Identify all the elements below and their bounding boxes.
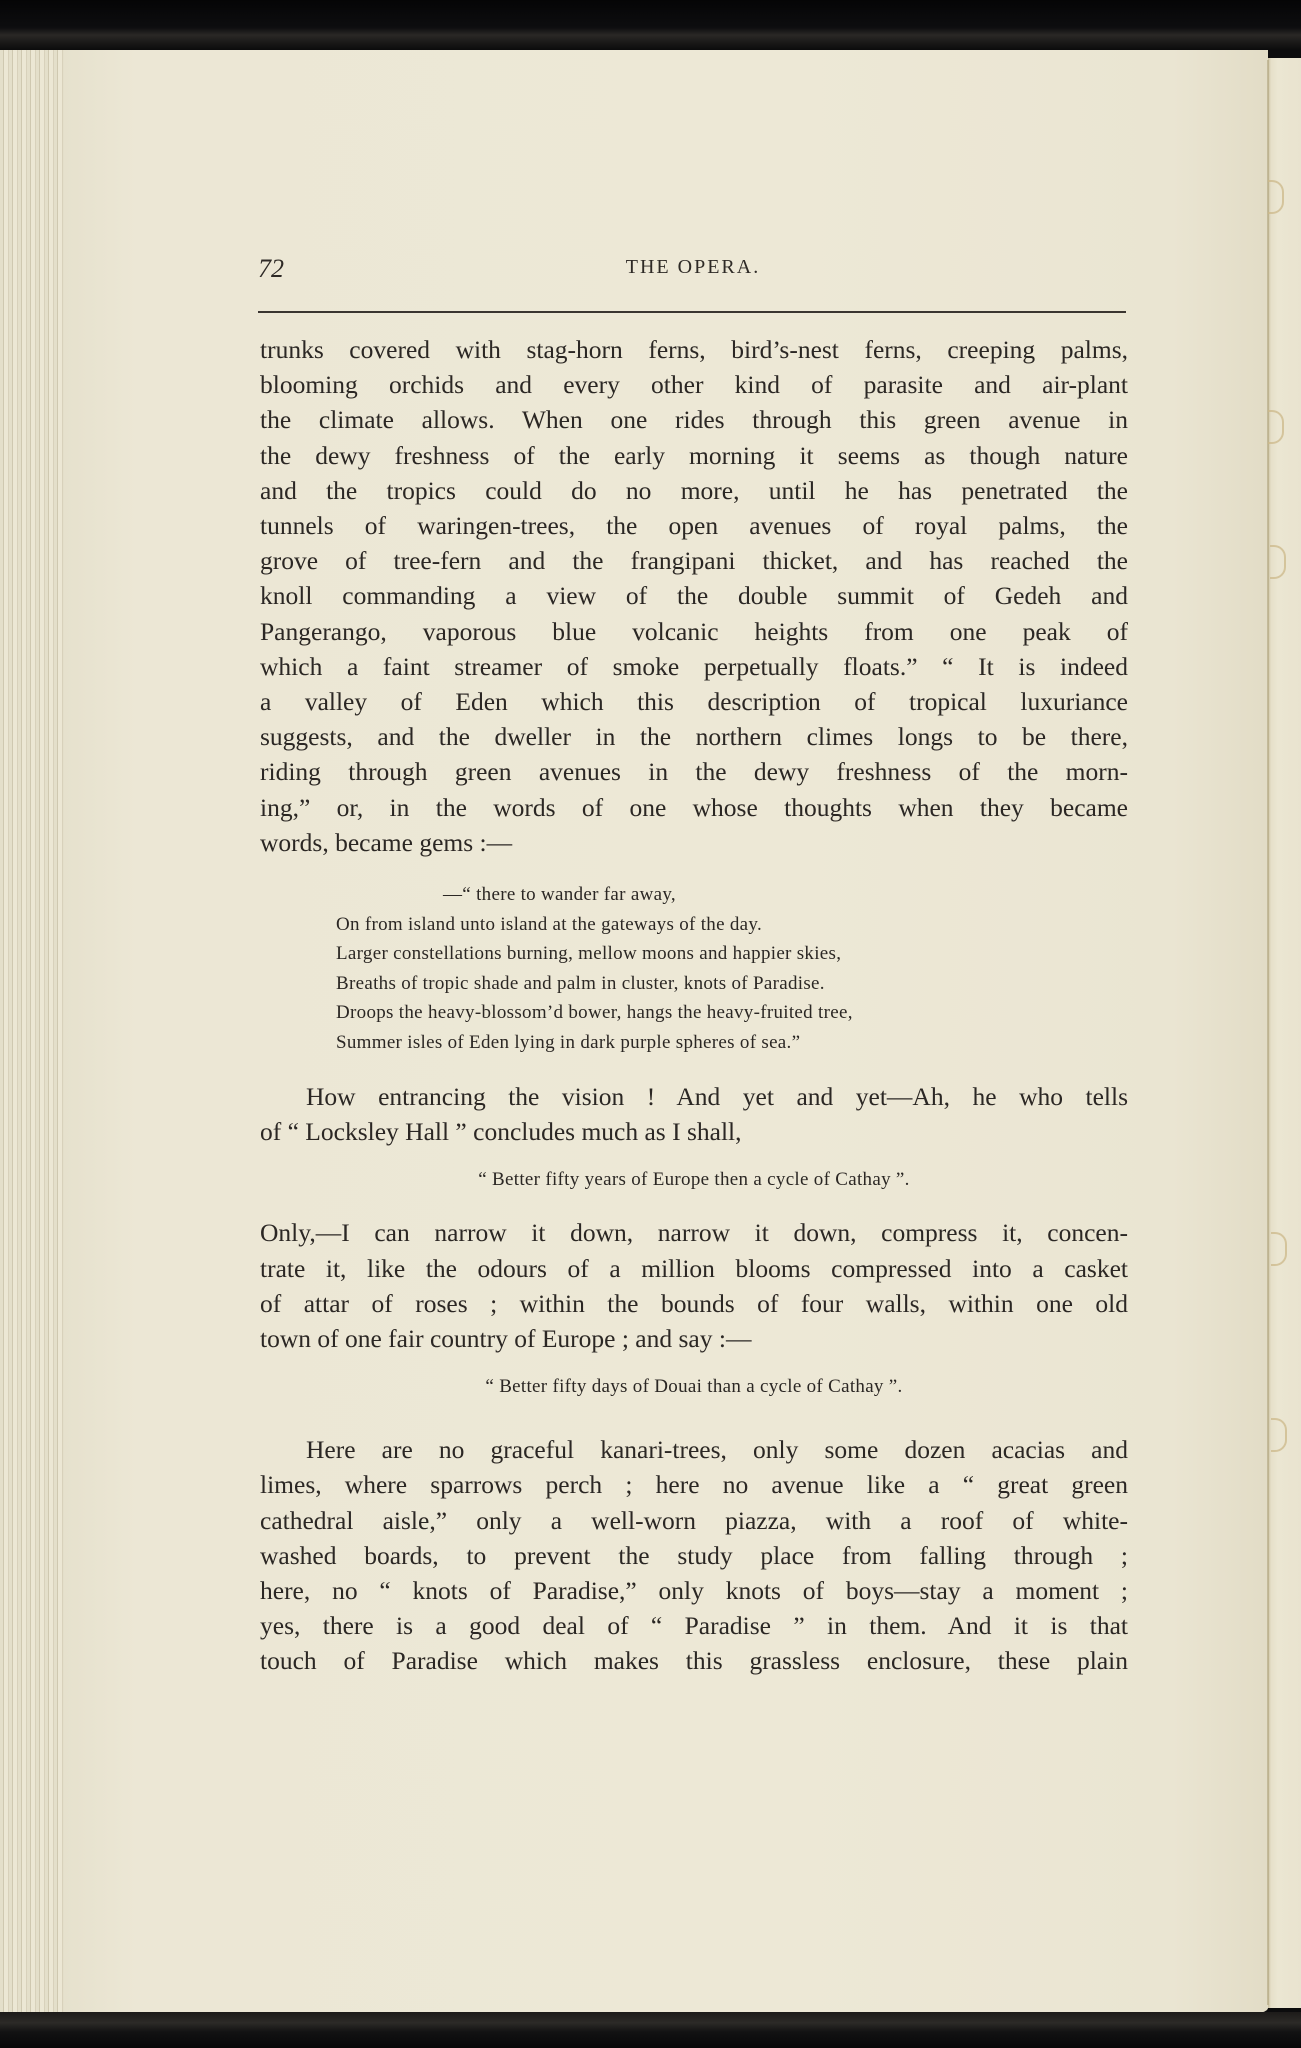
centered-quotation-1: “ Better fifty years of Europe then a cy…: [260, 1165, 1128, 1195]
verse-line: Breaths of tropic shade and palm in clus…: [336, 969, 1128, 999]
text-line: riding through green avenues in the dewy…: [260, 754, 1128, 789]
text-line: which a faint streamer of smoke perpetua…: [260, 649, 1128, 684]
paragraph-3: Only,—I can narrow it down, narrow it do…: [260, 1215, 1128, 1356]
text-line: here, no “ knots of Paradise,” only knot…: [260, 1573, 1128, 1608]
text-line: the climate allows. When one rides throu…: [260, 402, 1128, 437]
text-line: suggests, and the dweller in the norther…: [260, 719, 1128, 754]
text-line: grove of tree-fern and the frangipani th…: [260, 543, 1128, 578]
running-head: 72 THE OPERA.: [258, 252, 1128, 292]
verse-line: Summer isles of Eden lying in dark purpl…: [336, 1028, 1128, 1058]
paper-stain: [1268, 180, 1284, 214]
text-line: the dewy freshness of the early morning …: [260, 438, 1128, 473]
paragraph-1: trunks covered with stag-horn ferns, bir…: [260, 332, 1128, 860]
verse-line: On from island unto island at the gatewa…: [336, 910, 1128, 940]
centered-quotation-2: “ Better fifty days of Douai than a cycl…: [260, 1372, 1128, 1402]
text-line: a valley of Eden which this description …: [260, 684, 1128, 719]
text-line: Pangerango, vaporous blue volcanic heigh…: [260, 614, 1128, 649]
running-title: THE OPERA.: [258, 256, 1128, 279]
text-line: tunnels of waringen-trees, the open aven…: [260, 508, 1128, 543]
paper-stain: [1270, 545, 1286, 579]
paper-stain: [1271, 1418, 1287, 1452]
verse-line: —“ there to wander far away,: [336, 880, 1128, 910]
adjacent-page-edge: [1268, 58, 1301, 2008]
text-line: blooming orchids and every other kind of…: [260, 367, 1128, 402]
text-line: of “ Locksley Hall ” concludes much as I…: [260, 1114, 1128, 1149]
text-line: and the tropics could do no more, until …: [260, 473, 1128, 508]
body-text: trunks covered with stag-horn ferns, bir…: [260, 332, 1128, 1679]
text-line: trunks covered with stag-horn ferns, bir…: [260, 332, 1128, 367]
text-line: touch of Paradise which makes this grass…: [260, 1643, 1128, 1678]
text-line: town of one fair country of Europe ; and…: [260, 1321, 1128, 1356]
header-rule: [258, 311, 1126, 313]
paper-stain: [1268, 410, 1284, 444]
text-line: ing,” or, in the words of one whose thou…: [260, 790, 1128, 825]
paragraph-2: How entrancing the vision ! And yet and …: [260, 1079, 1128, 1149]
text-line: limes, where sparrows perch ; here no av…: [260, 1467, 1128, 1502]
text-line: Here are no graceful kanari-trees, only …: [260, 1432, 1128, 1467]
verse-line: Larger constellations burning, mellow mo…: [336, 939, 1128, 969]
text-line: Only,—I can narrow it down, narrow it do…: [260, 1215, 1128, 1250]
paper-stain: [1271, 1232, 1287, 1266]
text-line: yes, there is a good deal of “ Paradise …: [260, 1608, 1128, 1643]
page-gutter-line: [1267, 60, 1269, 2005]
book-cover-top: [0, 0, 1301, 50]
text-line: knoll commanding a view of the double su…: [260, 578, 1128, 613]
verse-line: Droops the heavy-blossom’d bower, hangs …: [336, 998, 1128, 1028]
verse-quotation: —“ there to wander far away, On from isl…: [260, 880, 1128, 1057]
book-cover-bottom: [0, 2012, 1301, 2048]
paragraph-4: Here are no graceful kanari-trees, only …: [260, 1432, 1128, 1678]
text-line: trate it, like the odours of a million b…: [260, 1251, 1128, 1286]
text-line: cathedral aisle,” only a well-worn piazz…: [260, 1503, 1128, 1538]
page-edges-stack: [0, 50, 66, 2016]
text-line: of attar of roses ; within the bounds of…: [260, 1286, 1128, 1321]
text-line: How entrancing the vision ! And yet and …: [260, 1079, 1128, 1114]
book-scan: 72 THE OPERA. trunks covered with stag-h…: [0, 0, 1301, 2048]
text-line: washed boards, to prevent the study plac…: [260, 1538, 1128, 1573]
text-line: words, became gems :—: [260, 825, 1128, 860]
